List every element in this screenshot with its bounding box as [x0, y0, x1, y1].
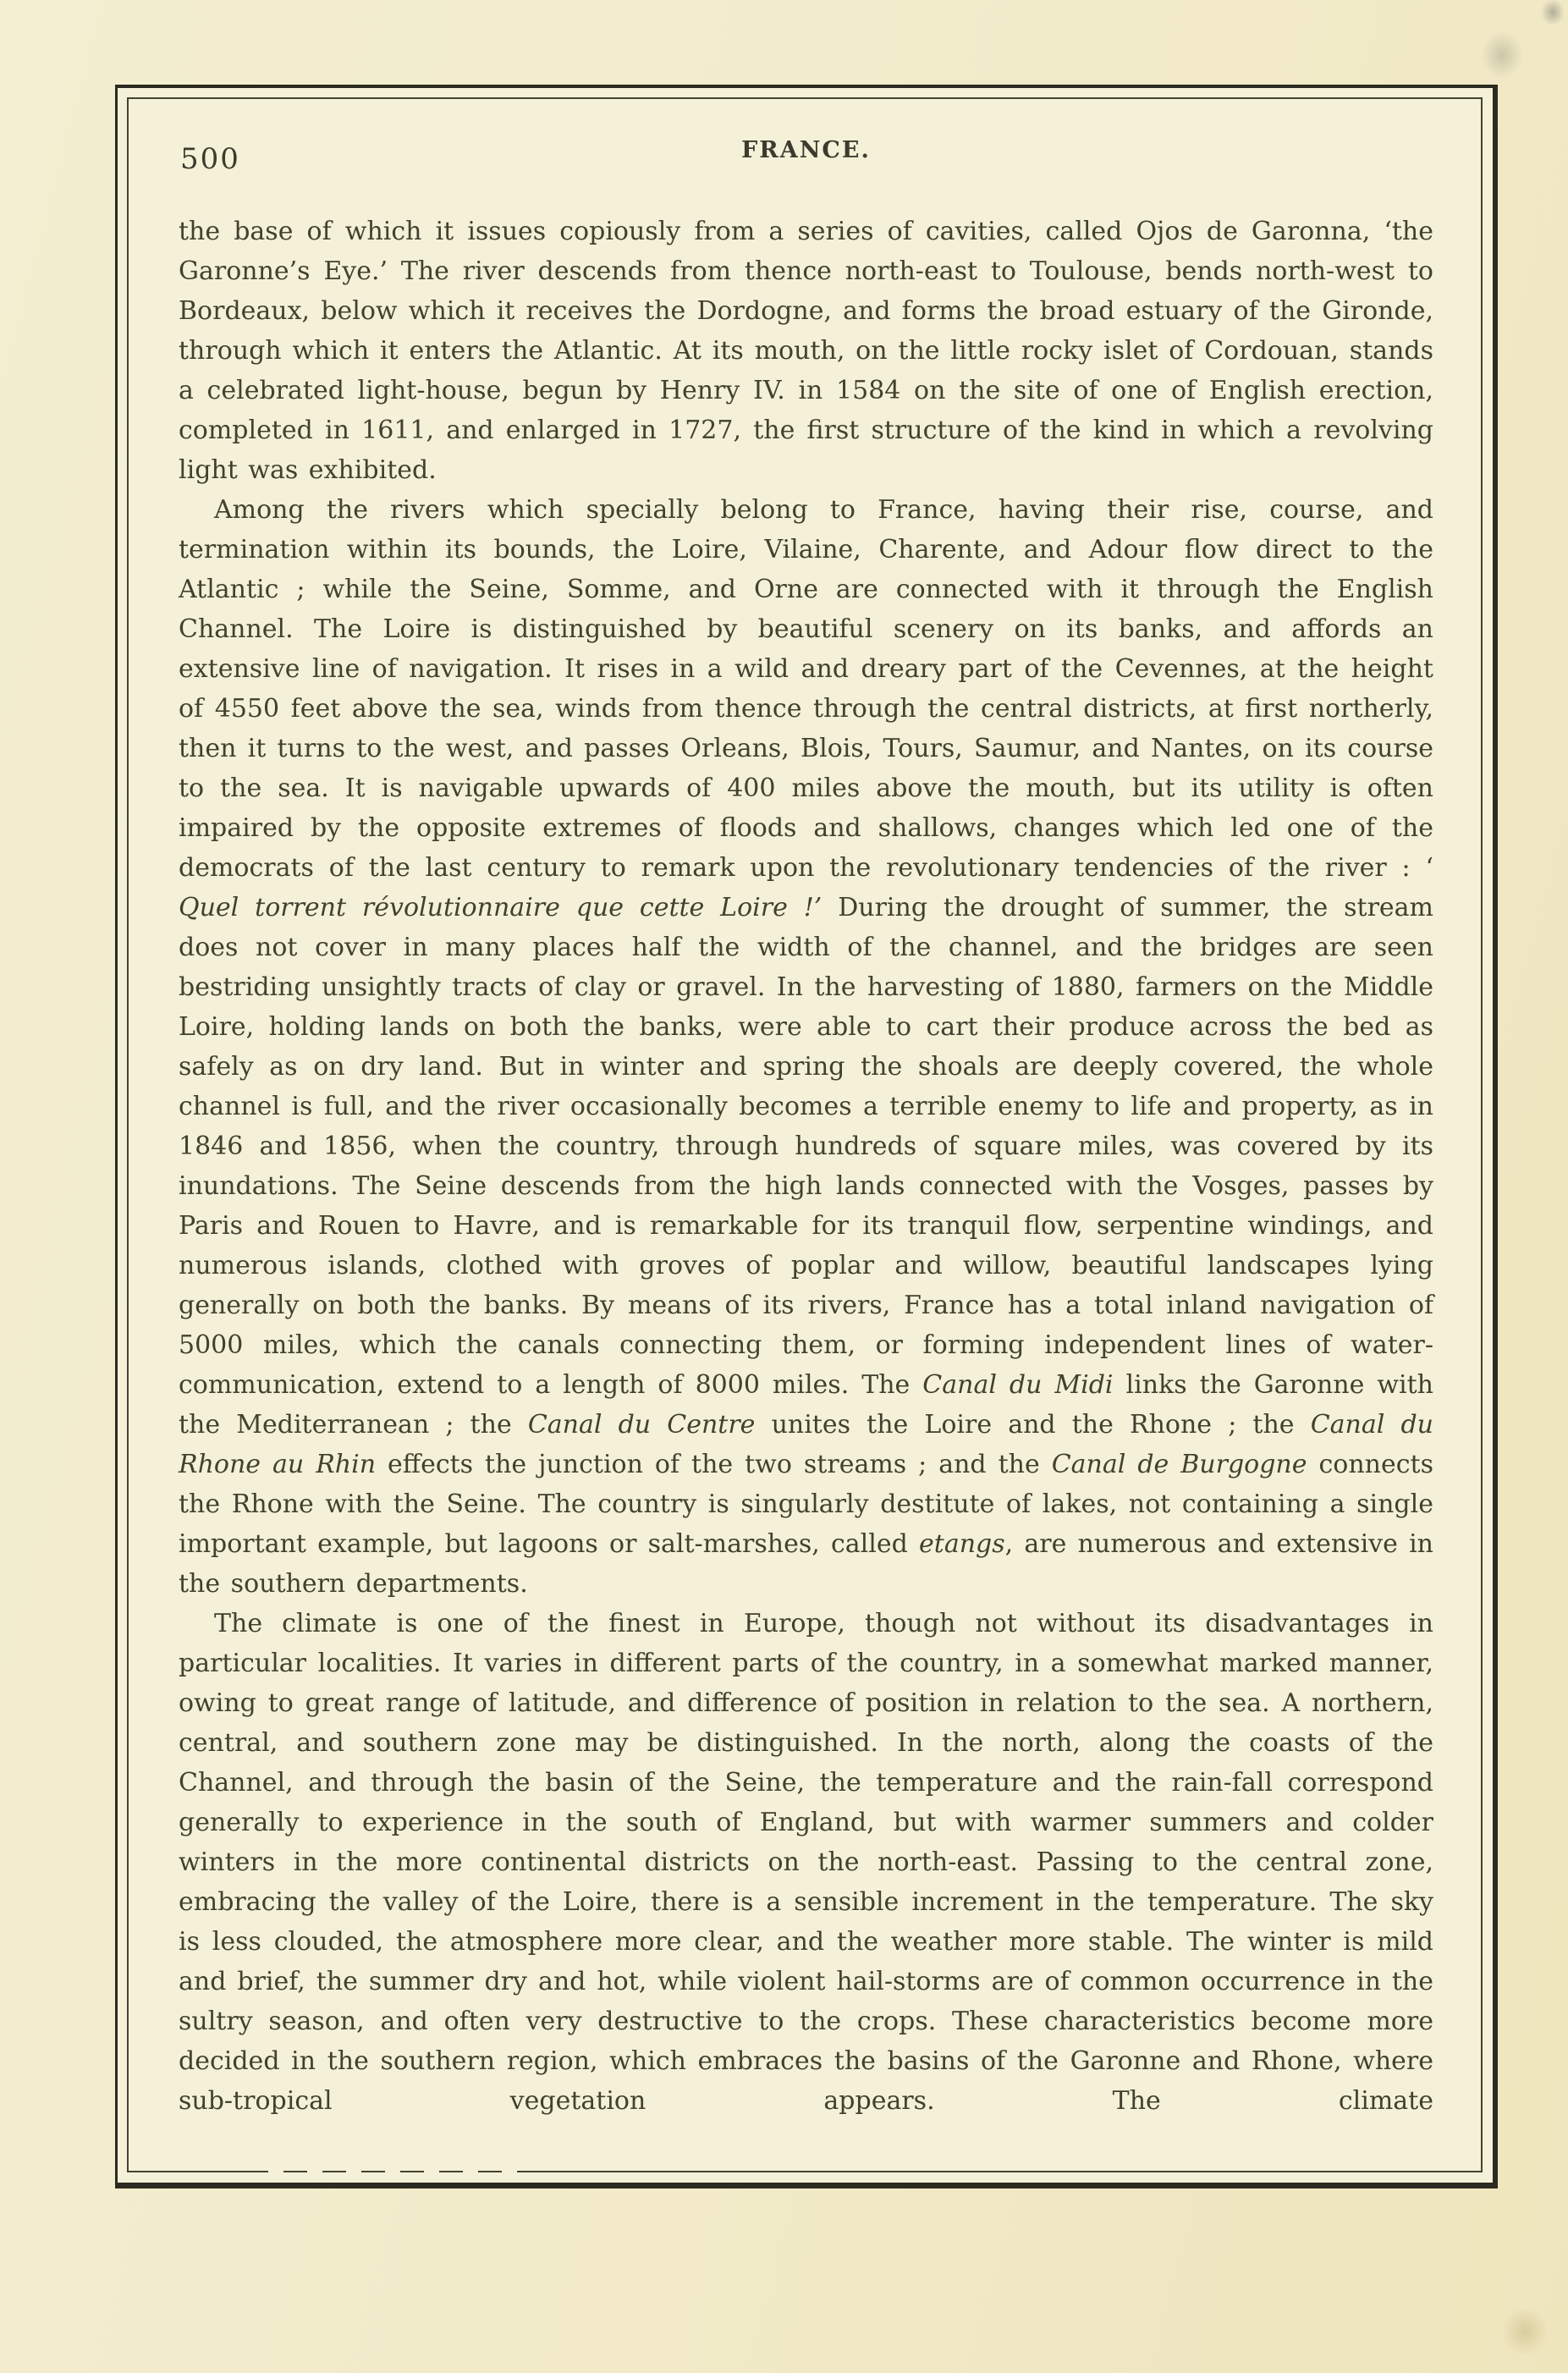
text-segment: unites the Loire and the Rhone ; the	[755, 1410, 1310, 1440]
scan-smudge	[1494, 2298, 1557, 2365]
text-segment: the base of which it issues copiously fr…	[179, 217, 1433, 485]
paragraph: Among the rivers which specially belong …	[179, 490, 1433, 1604]
italic-text-segment: Canal du Centre	[528, 1410, 756, 1440]
italic-text-segment: Canal de Burgogne	[1052, 1450, 1307, 1479]
text-segment: The climate is one of the finest in Euro…	[179, 1609, 1433, 2116]
running-title: FRANCE.	[179, 137, 1433, 163]
dashed-rule-artifact	[245, 2170, 524, 2173]
scanned-book-page: 500 FRANCE. the base of which it issues …	[0, 0, 1568, 2373]
text-segment: effects the junction of the two streams …	[376, 1450, 1052, 1479]
paragraph: the base of which it issues copiously fr…	[179, 212, 1433, 490]
paragraph: The climate is one of the finest in Euro…	[179, 1604, 1433, 2121]
text-segment: Among the rivers which specially belong …	[179, 495, 1433, 883]
italic-text-segment: Canal du Midi	[922, 1370, 1113, 1400]
page-text: the base of which it issues copiously fr…	[179, 212, 1433, 2121]
page-content: 500 FRANCE. the base of which it issues …	[179, 137, 1433, 2121]
scan-smudge	[1472, 21, 1532, 89]
scan-smudge	[1536, 0, 1568, 31]
text-segment: During the drought of summer, the stream…	[179, 893, 1433, 1400]
page-border-frame: 500 FRANCE. the base of which it issues …	[115, 85, 1498, 2189]
page-header: 500 FRANCE.	[179, 137, 1433, 174]
italic-text-segment: etangs	[919, 1529, 1005, 1559]
italic-text-segment: Quel torrent révolutionnaire que cette L…	[179, 893, 822, 922]
